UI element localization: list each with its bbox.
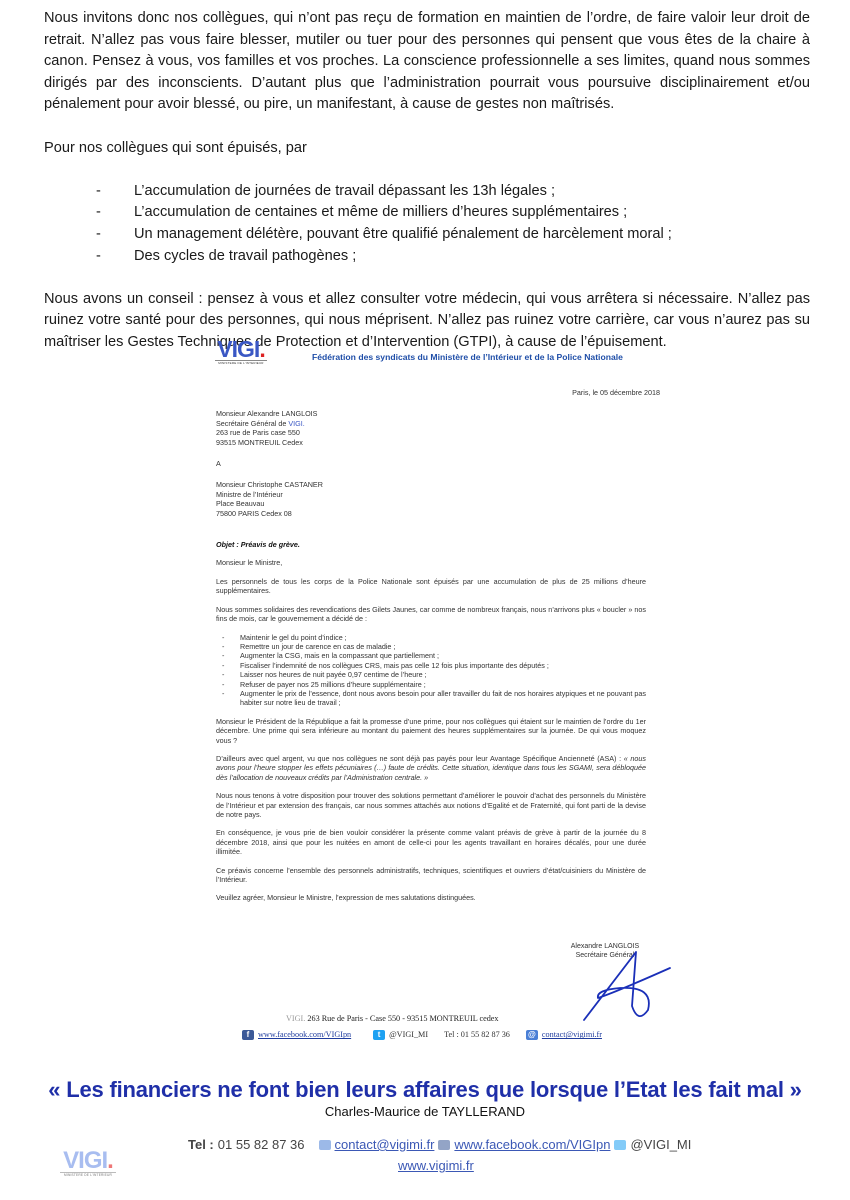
twitter-icon [614,1140,626,1150]
list-item: -Augmenter le prix de l’essence, dont no… [216,689,646,708]
tel-label: Tel : [188,1137,214,1152]
email-icon [319,1140,331,1150]
to-marker: A [216,459,646,468]
list-item: -Maintenir le gel du point d’indice ; [216,633,646,642]
list-item: -L’accumulation de centaines et même de … [44,202,810,224]
footer-vigi-logo: VIGI. MINISTERE DE L'INTERIEUR [58,1150,118,1178]
letter-subject: Objet : Préavis de grève. [216,540,646,549]
footer-facebook-link[interactable]: www.facebook.com/VIGIpn [454,1137,610,1152]
list-item: -Un management délétère, pouvant être qu… [44,224,810,246]
letter-closing: Veuillez agréer, Monsieur le Ministre, l… [216,893,646,902]
handwritten-signature [576,946,676,1026]
list-item: -Augmenter la CSG, mais en la compassant… [216,651,646,660]
list-item: -Fiscaliser l’indemnité de nos collègues… [216,661,646,670]
list-item: -Remettre un jour de carence en cas de m… [216,642,646,651]
facebook-icon [438,1140,450,1150]
letter-paragraph: Nous nous tenons à votre disposition pou… [216,791,646,819]
government-decisions-list: -Maintenir le gel du point d’indice ; -R… [216,633,646,708]
letter-date: Paris, le 05 décembre 2018 [216,388,660,397]
footer-email-link[interactable]: contact@vigimi.fr [335,1137,435,1152]
twitter-icon: t [373,1030,385,1040]
letter-paragraph: Nous sommes solidaires des revendication… [216,605,646,624]
letterhead: VIGI. MINISTERE DE L'INTERIEUR Fédératio… [216,338,646,378]
exhaustion-list: -L’accumulation de journées de travail d… [44,181,810,267]
list-item: -Refuser de payer nos 25 millions d’heur… [216,680,646,689]
intro-text: Nous invitons donc nos collègues, qui n’… [44,8,810,354]
letter-paragraph: Les personnels de tous les corps de la P… [216,577,646,596]
website-link[interactable]: www.vigimi.fr [398,1158,474,1173]
telephone: 01 55 82 87 36 [218,1137,305,1152]
quote-text: « Les financiers ne font bien leurs affa… [0,1077,850,1103]
email-icon: @ [526,1030,538,1040]
federation-title: Fédération des syndicats du Ministère de… [312,353,623,362]
footer-twitter-handle: @VIGI_MI [630,1137,691,1152]
letter-paragraph: En conséquence, je vous prie de bien vou… [216,828,646,856]
recipient-address: Monsieur Christophe CASTANER Ministre de… [216,480,646,518]
embedded-strike-notice-letter: VIGI. MINISTERE DE L'INTERIEUR Fédératio… [216,338,646,1058]
footer-website: www.vigimi.fr [398,1158,474,1173]
list-item: -Laisser nos heures de nuit payée 0,97 c… [216,670,646,679]
letter-telephone: Tel : 01 55 82 87 36 [444,1030,510,1039]
vigi-logo: VIGI. MINISTERE DE L'INTERIEUR [210,338,272,366]
list-item: -Des cycles de travail pathogènes ; [44,246,810,268]
facebook-icon: f [242,1030,254,1040]
list-intro: Pour nos collègues qui sont épuisés, par [44,138,810,160]
twitter-handle: @VIGI_MI [389,1030,428,1039]
intro-paragraph-1: Nous invitons donc nos collègues, qui n’… [44,8,810,116]
email-link[interactable]: contact@vigimi.fr [542,1030,602,1039]
footer-contacts: Tel : 01 55 82 87 36 contact@vigimi.fr w… [188,1137,691,1152]
quote-author: Charles-Maurice de TAYLLERAND [0,1104,850,1119]
letter-paragraph: D’ailleurs avec quel argent, vu que nos … [216,754,646,782]
letter-paragraph: Ce préavis concerne l’ensemble des perso… [216,866,646,885]
letter-paragraph: Monsieur le Président de la République a… [216,717,646,745]
facebook-link[interactable]: www.facebook.com/VIGIpn [258,1030,351,1039]
list-item: -L’accumulation de journées de travail d… [44,181,810,203]
letter-footer-address: VIGI. 263 Rue de Paris - Case 550 - 9351… [286,1014,499,1023]
sender-address: Monsieur Alexandre LANGLOIS Secrétaire G… [216,409,646,447]
salutation: Monsieur le Ministre, [216,558,646,567]
letter-footer-contacts: f www.facebook.com/VIGIpn t @VIGI_MI Tel… [242,1030,602,1040]
